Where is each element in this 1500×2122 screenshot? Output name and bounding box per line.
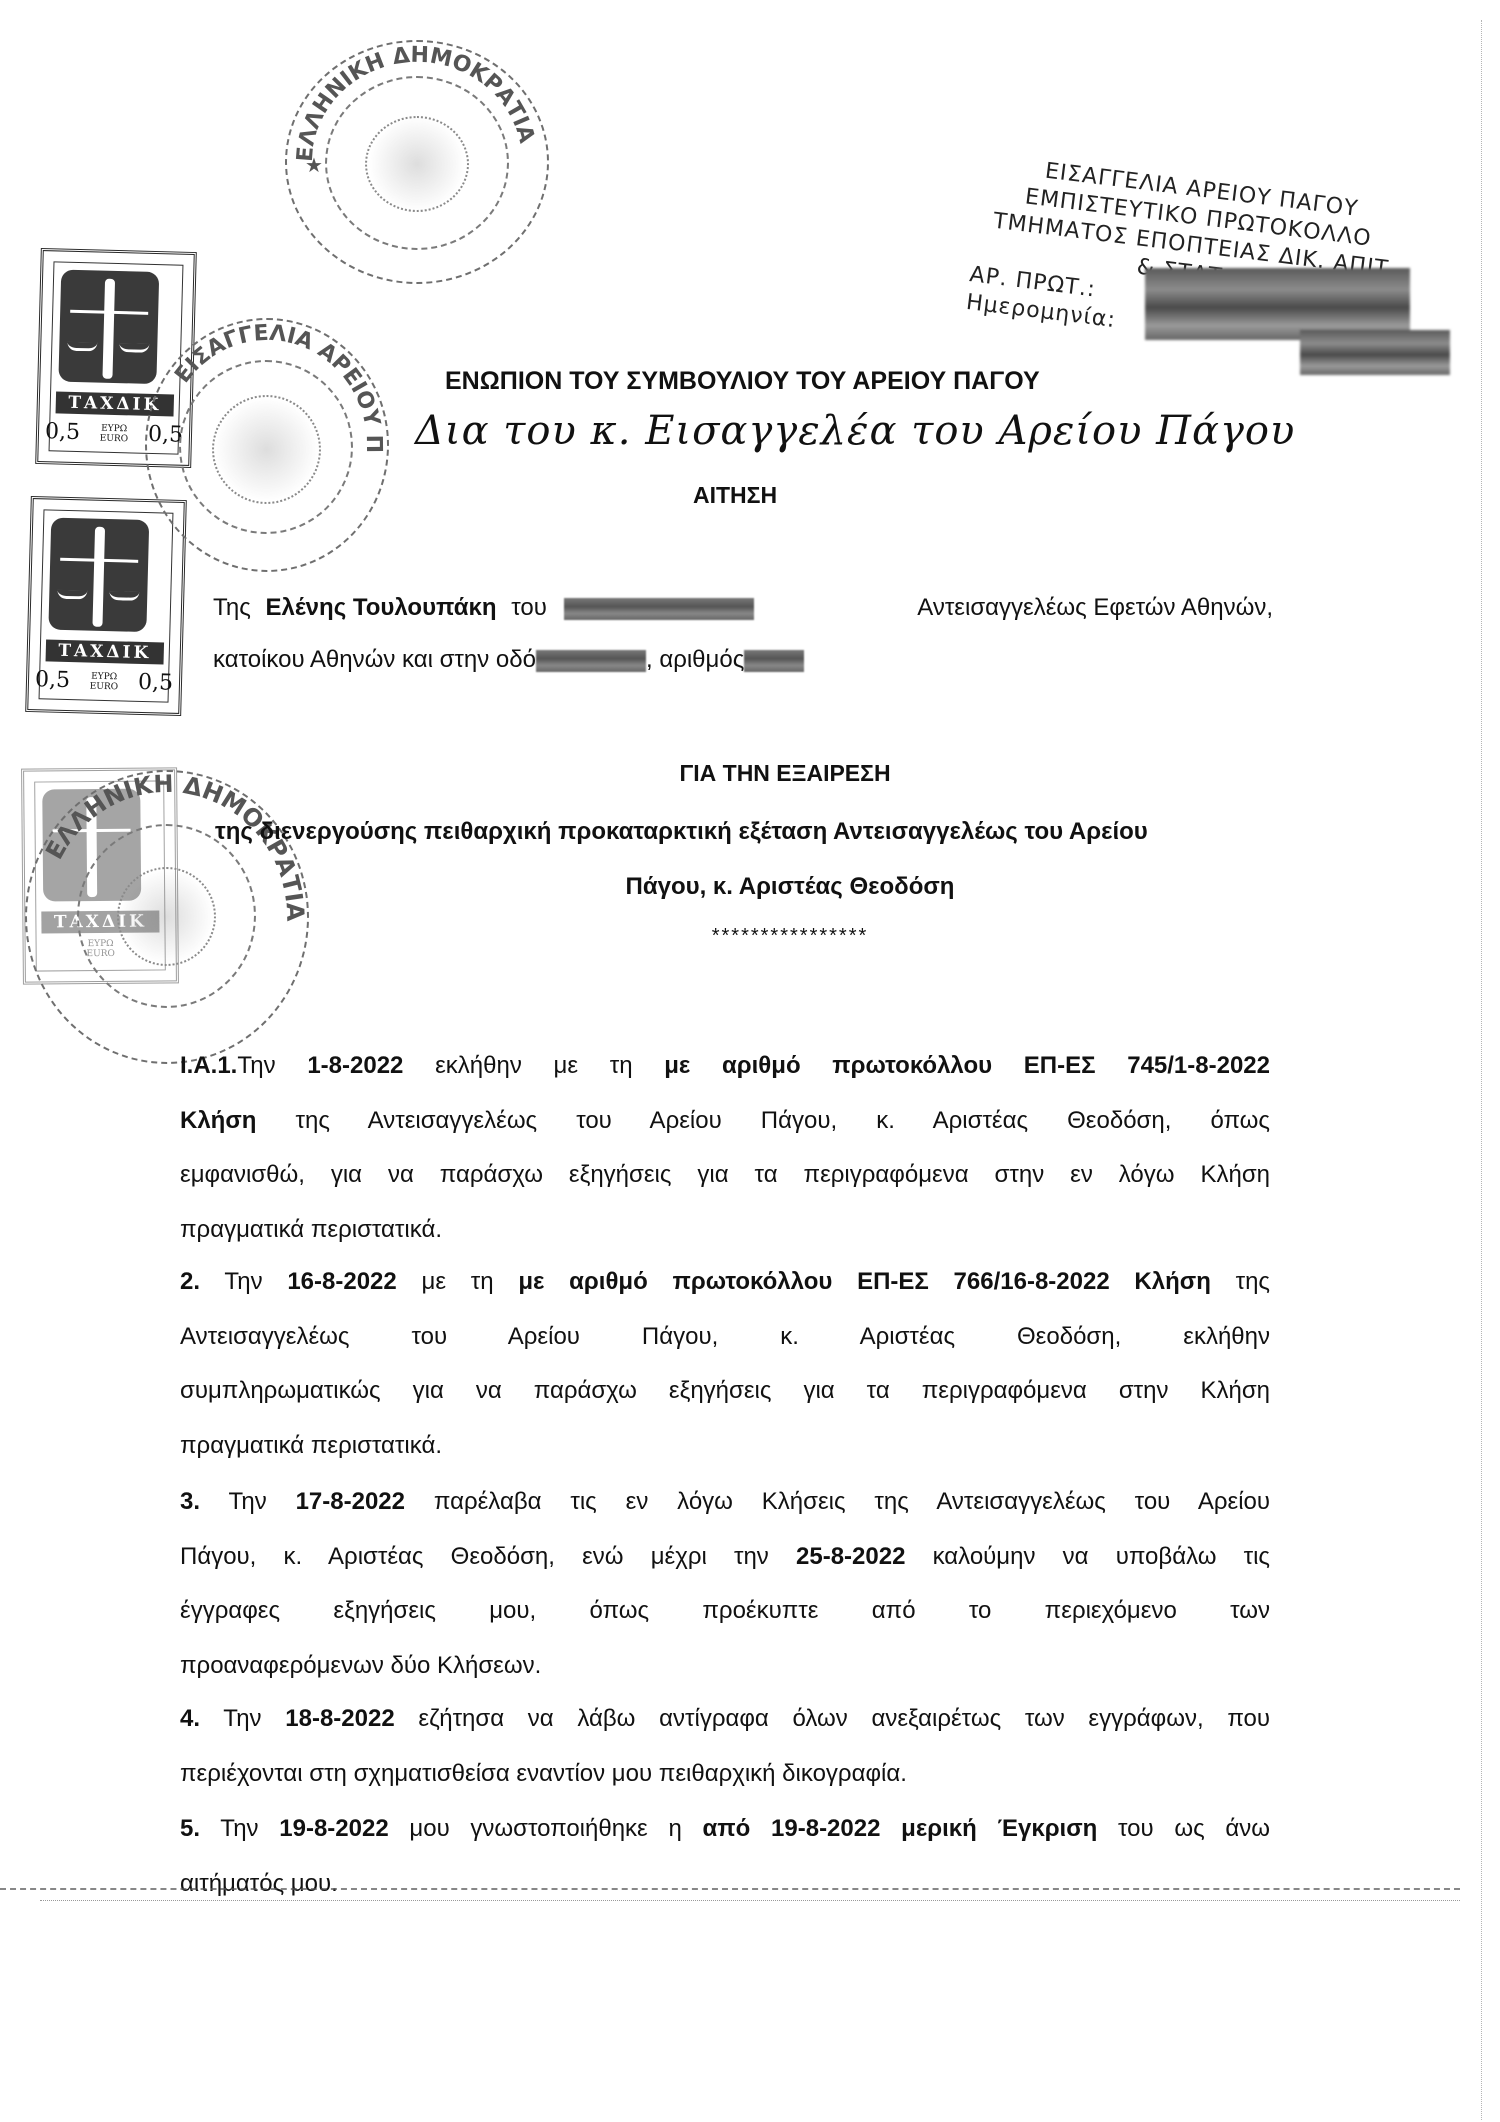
scan-edge-artifact xyxy=(1481,20,1482,2120)
redacted-date xyxy=(1300,330,1450,375)
paragraph-1-line: εμφανισθώ, για να παράσχω εξηγήσεις για … xyxy=(180,1161,1270,1189)
seal-outer-text: ΕΛΛΗΝΙΚΗ ΔΗΜΟΚΡΑΤΙΑ xyxy=(293,43,539,163)
paragraph-5-line: 5. Την 19-8-2022 μου γνωστοποιήθηκε η απ… xyxy=(180,1815,1270,1843)
paragraph-4-line: περιέχονται στη σχηματισθείσα εναντίον μ… xyxy=(180,1760,907,1788)
official-seal-top: ΕΛΛΗΝΙΚΗ ΔΗΜΟΚΡΑΤΙΑ ★ xyxy=(285,40,549,284)
svg-text:ΕΙΣΑΓΓΕΛΙΑ ΑΡΕΙΟΥ ΠΑΓΟΥ: ΕΙΣΑΓΓΕΛΙΑ ΑΡΕΙΟΥ ΠΑΓΟΥ xyxy=(138,301,386,453)
scan-footer-artifact xyxy=(0,1888,1460,1892)
paragraph-3-line: προαναφερόμενων δύο Κλήσεων. xyxy=(180,1652,541,1680)
subject-line-2: Πάγου, κ. Αριστέας Θεοδόση xyxy=(0,873,1500,901)
paragraph-3-line: 3. Την 17-8-2022 παρέλαβα τις εν λόγω Κλ… xyxy=(180,1488,1270,1516)
official-seal-lower: ΕΛΛΗΝΙΚΗ ΔΗΜΟΚΡΑΤΙΑ xyxy=(25,770,309,1064)
applicant-line: Της Ελένης Τουλουπάκη του Αντεισαγγελέως… xyxy=(213,594,1273,622)
svg-text:ΕΛΛΗΝΙΚΗ ΔΗΜΟΚΡΑΤΙΑ: ΕΛΛΗΝΙΚΗ ΔΗΜΟΚΡΑΤΙΑ xyxy=(293,43,539,163)
paragraph-1-line: I.A.1.Την 1-8-2022 εκλήθην με τη με αριθ… xyxy=(180,1052,1270,1080)
paragraph-3-line: έγγραφες εξηγήσεις μου, όπως προέκυπτε α… xyxy=(180,1597,1270,1625)
paragraph-2-line: συμπληρωματικώς για να παράσχω εξηγήσεις… xyxy=(180,1377,1270,1405)
document-type: ΑΙΤΗΣΗ xyxy=(693,482,777,509)
redacted-father-name xyxy=(564,598,754,620)
paragraph-2-line: 2. Την 16-8-2022 με τη με αριθμό πρωτοκό… xyxy=(180,1268,1270,1296)
paragraph-2-line: Αντεισαγγελέως του Αρείου Πάγου, κ. Αρισ… xyxy=(180,1323,1270,1351)
subject-heading: ΓΙΑ ΤΗΝ ΕΞΑΙΡΕΣΗ xyxy=(0,760,1500,787)
official-seal-middle: ΕΙΣΑΓΓΕΛΙΑ ΑΡΕΙΟΥ ΠΑΓΟΥ xyxy=(145,318,389,572)
separator-asterisks: **************** xyxy=(0,925,1500,948)
subject-line-1: της διενεργούσης πειθαρχική προκαταρκτικ… xyxy=(215,818,1148,846)
paragraph-4-line: 4. Την 18-8-2022 εζήτησα να λάβω αντίγρα… xyxy=(180,1705,1270,1733)
redacted-street-number xyxy=(744,650,804,672)
paragraph-1-line: Κλήση της Αντεισαγγελέως του Αρείου Πάγο… xyxy=(180,1107,1270,1135)
scan-footer-artifact-2 xyxy=(40,1900,1460,1903)
paragraph-1-line: πραγματικά περιστατικά. xyxy=(180,1216,442,1244)
handwritten-addressee: Δια του κ. Εισαγγελέα του Αρείου Πάγου xyxy=(415,408,1295,454)
star-icon: ★ xyxy=(305,153,323,177)
redacted-street xyxy=(536,650,646,672)
paragraph-5-line: αιτήματός μου. xyxy=(180,1870,338,1898)
applicant-address: κατοίκου Αθηνών και στην οδό, αριθμός xyxy=(213,646,804,674)
paragraph-2-line: πραγματικά περιστατικά. xyxy=(180,1432,442,1460)
paragraph-3-line: Πάγου, κ. Αριστέας Θεοδόση, ενώ μέχρι τη… xyxy=(180,1543,1270,1571)
applicant-name: Ελένης Τουλουπάκη xyxy=(266,594,497,621)
court-heading: ΕΝΩΠΙΟΝ ΤΟΥ ΣΥΜΒΟΥΛΙΟΥ ΤΟΥ ΑΡΕΙΟΥ ΠΑΓΟΥ xyxy=(445,367,1040,396)
